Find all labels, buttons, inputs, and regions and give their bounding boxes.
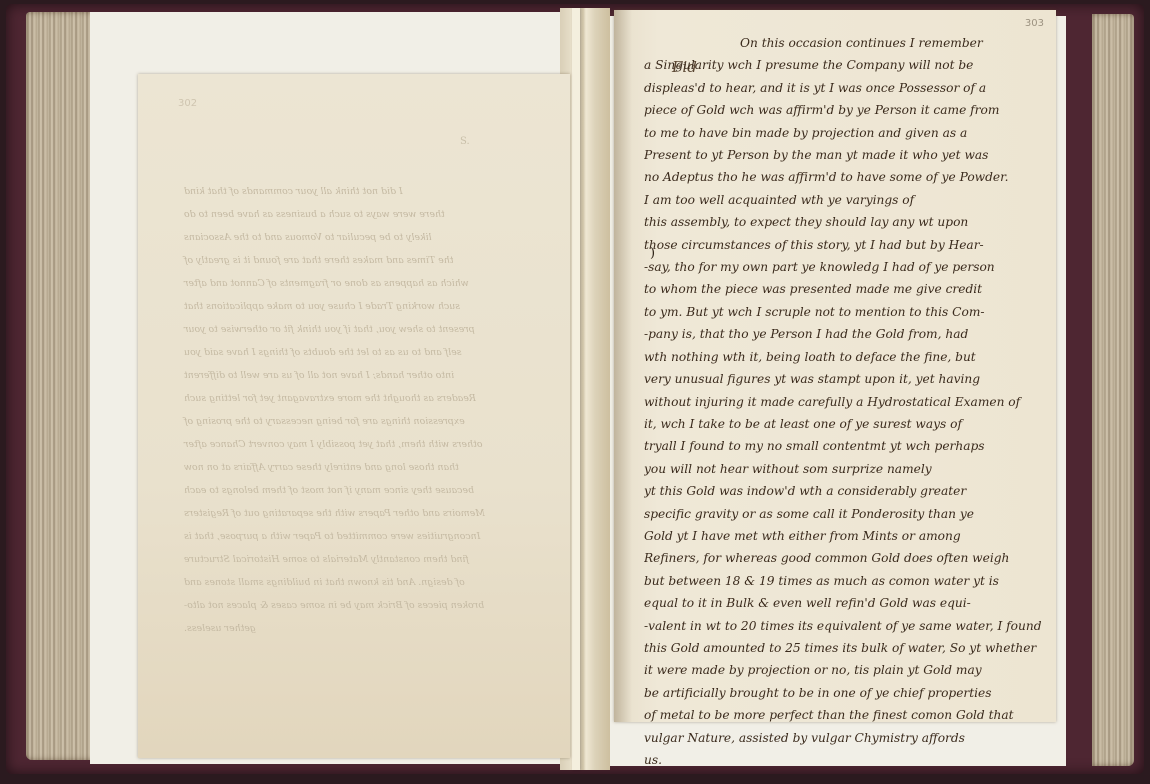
bleed-line: of design. And tis known that in buildin… — [184, 571, 564, 594]
text-line: to whom the piece was presented made me … — [644, 278, 1044, 300]
right-folio-number: 303 — [1025, 18, 1044, 29]
bleed-line: expression things are for being necessar… — [184, 410, 564, 433]
bleed-line: others with them, that yet possibly I ma… — [184, 433, 564, 456]
handwritten-text: On this occasion continues I remember a … — [644, 32, 1044, 771]
text-line: you will not hear without som surprize n… — [644, 458, 1044, 480]
text-line: displeas'd to hear, and it is yt I was o… — [644, 77, 1044, 99]
text-line: us. — [644, 749, 1044, 771]
bleed-line: I did not think all your commands of tha… — [184, 180, 564, 203]
bleed-line: gether useless. — [184, 617, 564, 640]
bleed-line: which as happens as done or fragments of… — [184, 272, 564, 295]
text-line: of metal to be more perfect than the fin… — [644, 704, 1044, 726]
text-line: On this occasion continues I remember — [644, 32, 1044, 54]
text-line: a Singularity wch I presume the Company … — [644, 54, 1044, 76]
text-line: to me to have bin made by projection and… — [644, 122, 1044, 144]
text-line: no Adeptus tho he was affirm'd to have s… — [644, 166, 1044, 188]
bleed-line: there were ways to such a business as ha… — [184, 203, 564, 226]
text-line: to ym. But yt wch I scruple not to menti… — [644, 301, 1044, 323]
text-line: it, wch I take to be at least one of ye … — [644, 413, 1044, 435]
text-line: specific gravity or as some call it Pond… — [644, 503, 1044, 525]
bleed-line: than those long and entirely these carry… — [184, 456, 564, 479]
text-line: Gold yt I have met wth either from Mints… — [644, 525, 1044, 547]
text-line: Present to yt Person by the man yt made … — [644, 144, 1044, 166]
text-line: -pany is, that tho ye Person I had the G… — [644, 323, 1044, 345]
bleed-line: self and to us as to let the doubts of t… — [184, 341, 564, 364]
left-fore-edge — [26, 12, 96, 760]
bleed-line: present to shew you, that if you think f… — [184, 318, 564, 341]
text-line: yt this Gold was indow'd wth a considera… — [644, 480, 1044, 502]
left-folio-number: 302 — [178, 98, 197, 109]
left-page-stamp: S. — [460, 136, 470, 147]
text-line: this assembly, to expect they should lay… — [644, 211, 1044, 233]
bleed-line: Incongruities were committed to Paper wi… — [184, 525, 564, 548]
bleed-line: into other hands; I have not all of us a… — [184, 364, 564, 387]
bleed-through-text: I did not think all your commands of tha… — [184, 180, 564, 640]
bleed-line: because they since many if not most of t… — [184, 479, 564, 502]
right-manuscript-page: 303 Fid ) On this occasion continues I r… — [614, 10, 1056, 722]
text-line: equal to it in Bulk & even well refin'd … — [644, 592, 1044, 614]
text-line: vulgar Nature, assisted by vulgar Chymis… — [644, 727, 1044, 749]
bleed-line: broken pieces of Brick may be in some ca… — [184, 594, 564, 617]
text-line: Refiners, for whereas good common Gold d… — [644, 547, 1044, 569]
left-manuscript-page: 302 S. I did not think all your commands… — [138, 74, 570, 758]
text-line: be artificially brought to be in one of … — [644, 682, 1044, 704]
text-line: it were made by projection or no, tis pl… — [644, 659, 1044, 681]
text-line: this Gold amounted to 25 times its bulk … — [644, 637, 1044, 659]
text-line: but between 18 & 19 times as much as com… — [644, 570, 1044, 592]
bleed-line: Readers as thought the more extravagant … — [184, 387, 564, 410]
text-line: -valent in wt to 20 times its equivalent… — [644, 615, 1044, 637]
text-line: -say, tho for my own part ye knowledg I … — [644, 256, 1044, 278]
text-line: piece of Gold wch was affirm'd by ye Per… — [644, 99, 1044, 121]
bleed-line: the Times and makes there that are found… — [184, 249, 564, 272]
text-line: without injuring it made carefully a Hyd… — [644, 391, 1044, 413]
bleed-line: such working Trade I chuse you to make a… — [184, 295, 564, 318]
bleed-line: Memoirs and other Papers with the separa… — [184, 502, 564, 525]
text-line: those circumstances of this story, yt I … — [644, 234, 1044, 256]
bleed-line: likely to be peculiar to Vomous and to t… — [184, 226, 564, 249]
bleed-line: find them constantly Materials to some H… — [184, 548, 564, 571]
right-fore-edge — [1092, 14, 1134, 766]
text-line: wth nothing wth it, being loath to defac… — [644, 346, 1044, 368]
text-line: I am too well acquainted wth ye varyings… — [644, 189, 1044, 211]
text-line: very unusual figures yt was stampt upon … — [644, 368, 1044, 390]
text-line: tryall I found to my no small contentmt … — [644, 435, 1044, 457]
